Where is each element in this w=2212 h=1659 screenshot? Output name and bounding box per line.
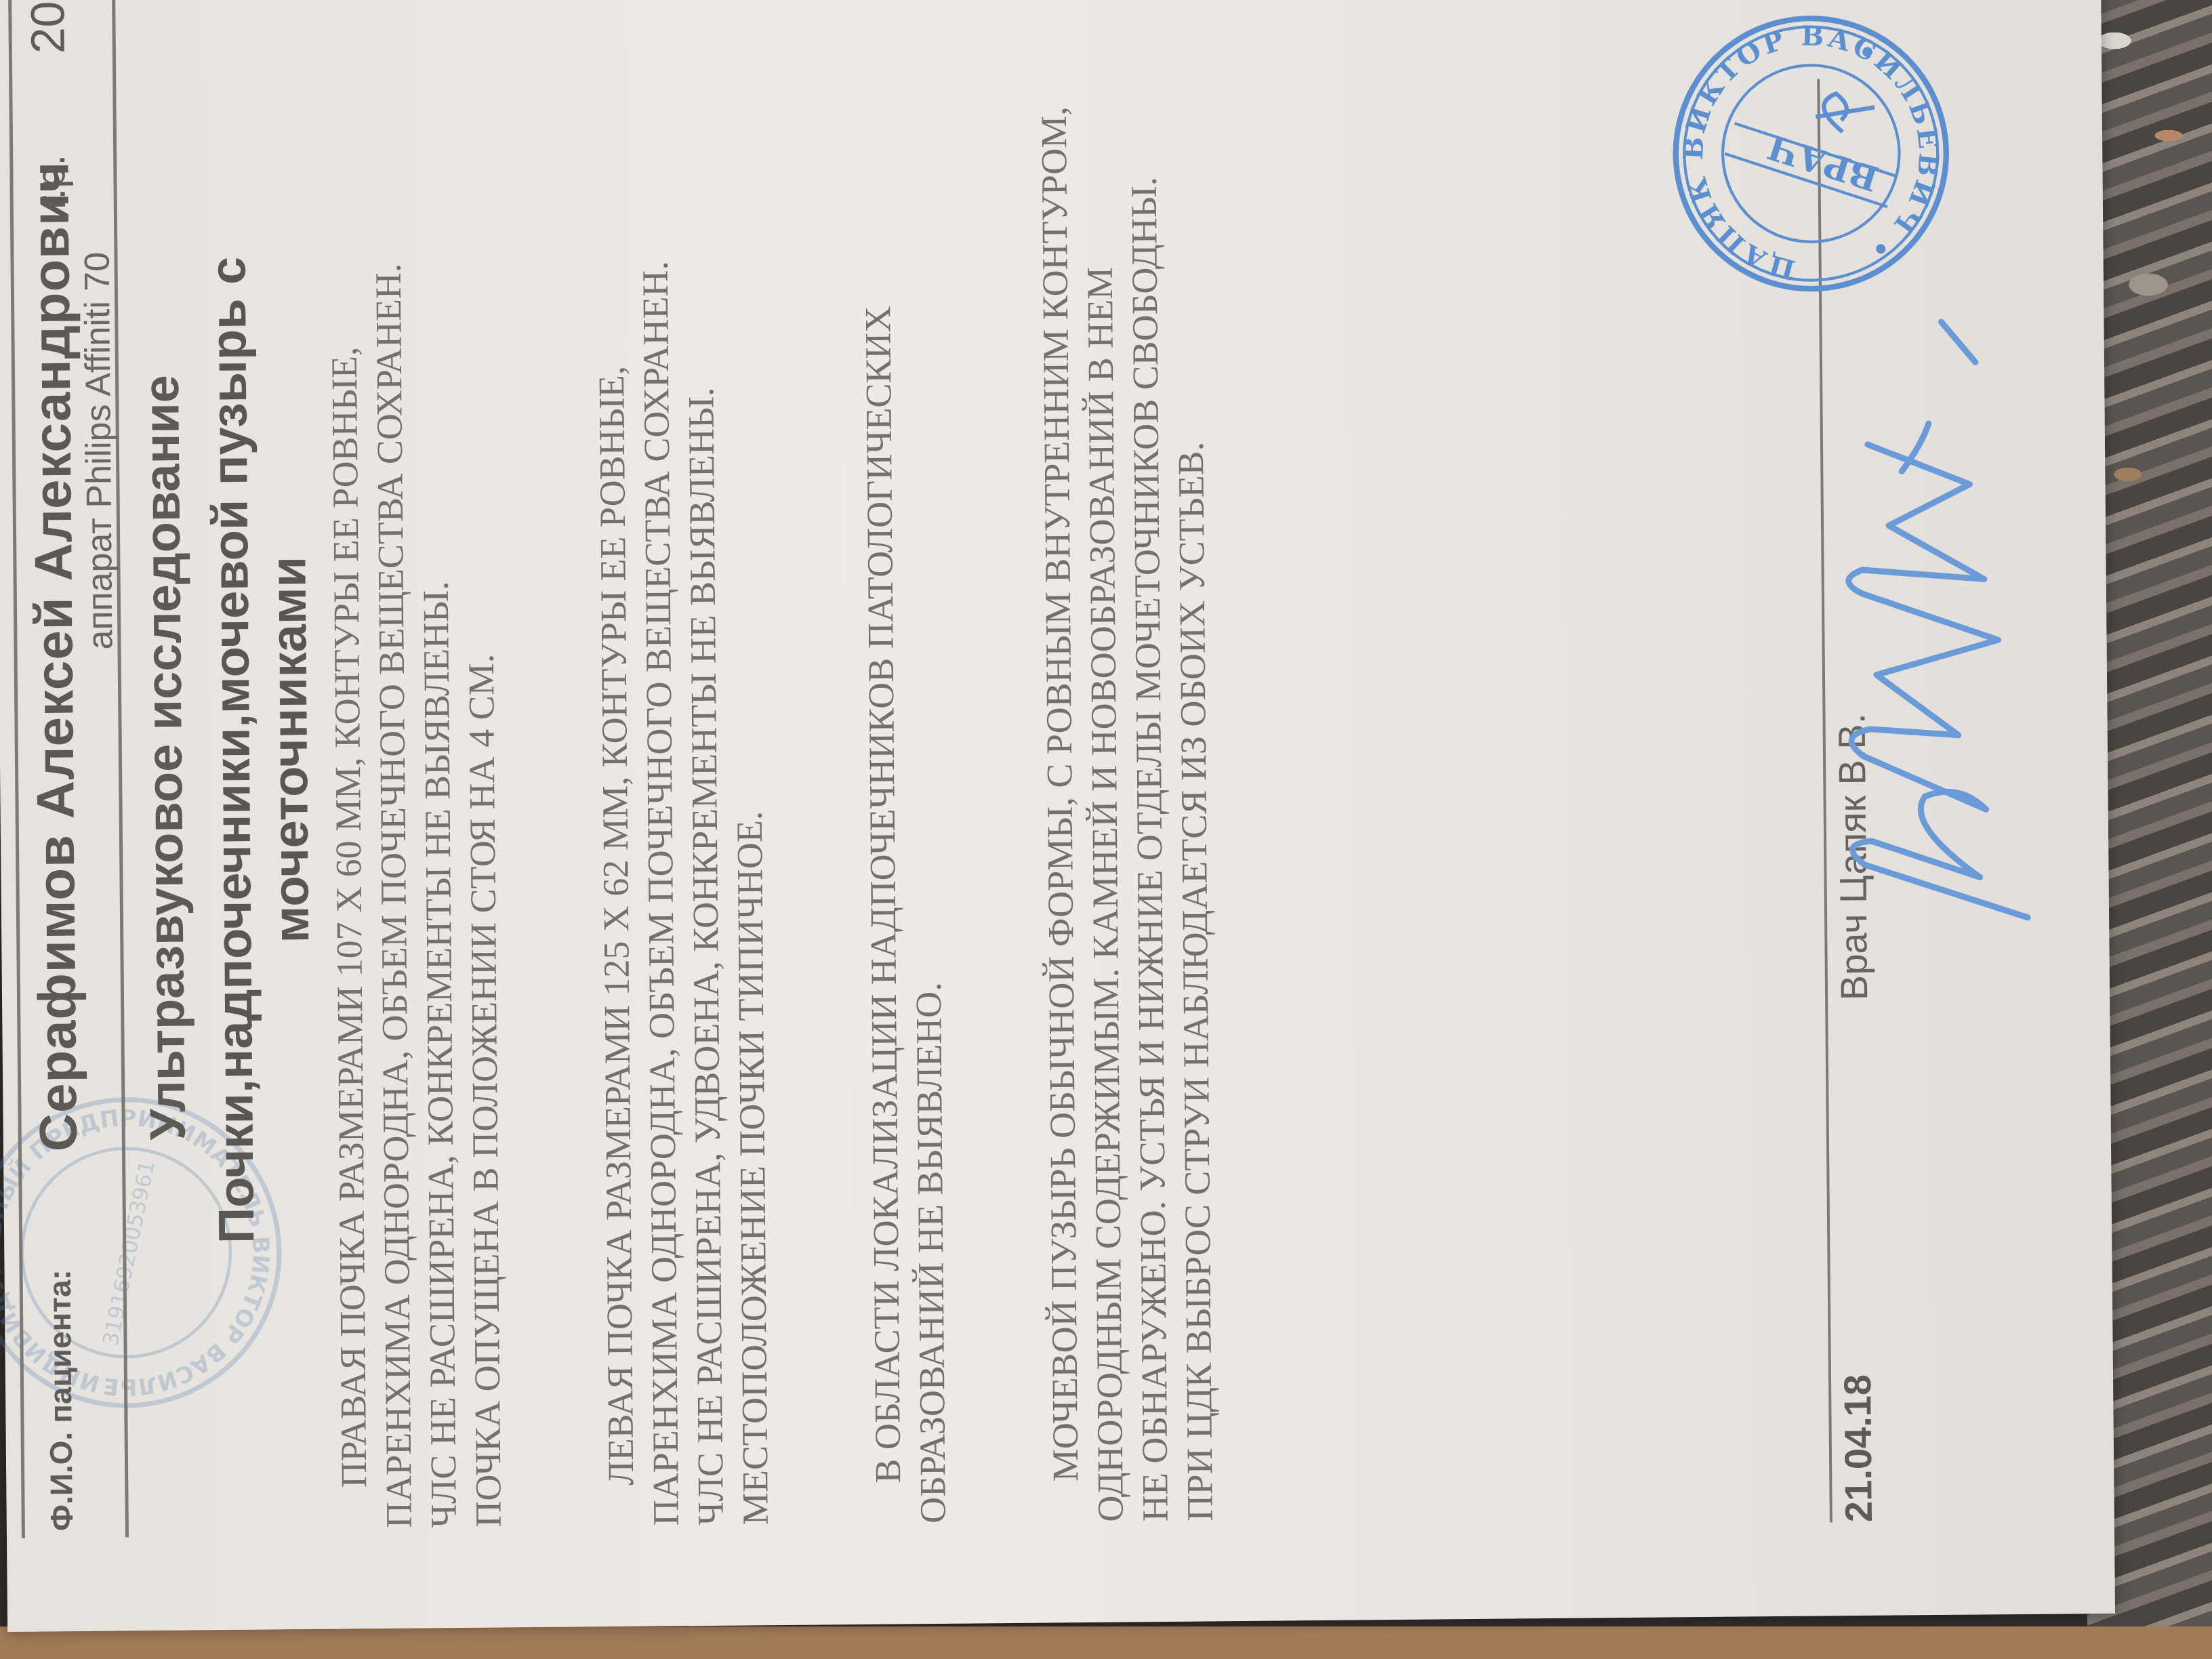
doctor-stamp: ЦАПЯК ВИКТОР ВАСИЛЬЕВИЧ • ВРАЧ: [1652, 0, 1971, 313]
finding-left-kidney: ЛЕВАЯ ПОЧКА РАЗМЕРАМИ 125 Х 62 ММ, КОНТУ…: [586, 7, 778, 1526]
birth-year: 2003: [20, 0, 75, 54]
signature: [1819, 280, 2069, 960]
report-page: ИНДИВИДУАЛЬНЫЙ ПРЕДПРИНИМАТЕЛЬ ВИКТОР ВА…: [0, 0, 2081, 1640]
device-name: аппарат Philips Affiniti 70: [77, 252, 121, 650]
patient-label: Ф.И.О. пациента:: [41, 1269, 80, 1531]
report-subtitle: Почки,надпочечники,мочевой пузырь с моче…: [197, 85, 324, 1414]
birth-year-label: г.р.: [27, 155, 75, 210]
findings-body: ПРАВАЯ ПОЧКА РАЗМЕРАМИ 107 Х 60 ММ, КОНТ…: [319, 2, 1310, 1529]
finding-right-kidney: ПРАВАЯ ПОЧКА РАЗМЕРАМИ 107 Х 60 ММ, КОНТ…: [319, 9, 511, 1529]
paper-sheet: ИНДИВИДУАЛЬНЫЙ ПРЕДПРИНИМАТЕЛЬ ВИКТОР ВА…: [0, 0, 2115, 1632]
finding-bladder: МОЧЕВОЙ ПУЗЫРЬ ОБЫЧНОЙ ФОРМЫ, С РОВНЫМ В…: [1030, 3, 1223, 1522]
finding-adrenals: В ОБЛАСТИ ЛОКАЛИЗАЦИИ НАДПОЧЕЧНИКОВ ПАТО…: [853, 5, 956, 1524]
report-title: Ультразвуковое исследование: [131, 283, 197, 1232]
patient-row: Ф.И.О. пациента: Серафимов Алексей Алекс…: [12, 13, 87, 1532]
svg-text:ВРАЧ: ВРАЧ: [1763, 127, 1883, 199]
report-date: 21.04.18: [1835, 1374, 1881, 1523]
